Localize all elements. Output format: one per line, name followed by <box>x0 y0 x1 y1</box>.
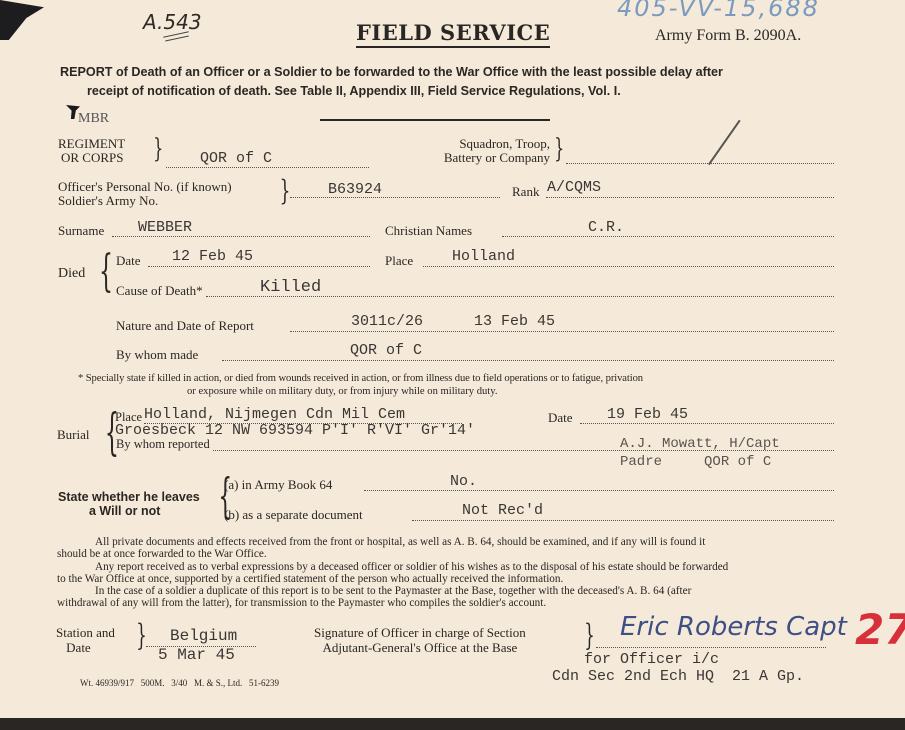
report-label: Nature and Date of Report <box>116 318 254 334</box>
brace-icon: { <box>99 248 113 296</box>
by-whom-label: By whom made <box>116 347 198 363</box>
number-field-line <box>290 197 500 198</box>
signed-for-line-2: Cdn Sec 2nd Ech HQ 21 A Gp. <box>552 668 804 685</box>
document-page: A.543 405-VV-15,688 FIELD SERVICE Army F… <box>0 0 905 718</box>
christian-names-field-line <box>502 236 834 237</box>
burial-reporter-value[interactable]: A.J. Mowatt, H/Capt <box>620 436 780 452</box>
regiment-field-line <box>166 167 369 168</box>
surname-value[interactable]: WEBBER <box>138 219 192 236</box>
instructions-p3-line1: In the case of a soldier a duplicate of … <box>95 585 691 597</box>
signed-for-line-1: for Officer i/c <box>584 651 719 668</box>
printer-line: Wt. 46939/917 500M. 3/40 M. & S., Ltd. 5… <box>80 678 279 688</box>
brace-icon: } <box>554 135 564 163</box>
burial-date-value[interactable]: 19 Feb 45 <box>607 406 688 423</box>
by-whom-value[interactable]: QOR of C <box>350 342 422 359</box>
brace-icon: } <box>280 177 291 205</box>
instructions-p2-line1: Any report received as to verbal express… <box>95 561 728 573</box>
brace-icon: } <box>584 620 595 652</box>
station-value[interactable]: Belgium <box>170 627 237 645</box>
cause-label: Cause of Death* <box>116 283 203 299</box>
signature-field-line <box>596 647 826 648</box>
surname-field-line <box>112 236 370 237</box>
report-reference-value[interactable]: 3011c/26 <box>351 313 423 330</box>
burial-reporter-unit[interactable]: Padre QOR of C <box>620 454 771 470</box>
died-place-label: Place <box>385 253 413 269</box>
squadron-field-line[interactable] <box>566 163 834 164</box>
christian-names-value[interactable]: C.R. <box>588 219 624 236</box>
rank-value[interactable]: A/CQMS <box>547 179 601 196</box>
instructions-p1-line2: should be at once forwarded to the War O… <box>57 548 267 560</box>
will-b-field-line <box>412 520 834 521</box>
instruction-line-1: REPORT of Death of an Officer or a Soldi… <box>60 65 723 79</box>
burial-date-label: Date <box>548 410 573 426</box>
will-a-field-line <box>364 490 834 491</box>
will-a-value[interactable]: No. <box>450 473 477 490</box>
will-b-value[interactable]: Not Rec'd <box>462 502 543 519</box>
red-pencil-number: 27 <box>855 605 905 654</box>
form-title: FIELD SERVICE <box>356 20 550 48</box>
will-label-1: State whether he leaves <box>58 490 200 504</box>
regiment-value[interactable]: QOR of C <box>200 150 272 167</box>
handwritten-reference: A.543 <box>143 10 202 34</box>
rank-field-line <box>546 197 834 198</box>
died-date-value[interactable]: 12 Feb 45 <box>172 248 253 265</box>
signature-label: Signature of Officer in charge of Sectio… <box>314 625 526 655</box>
cause-value[interactable]: Killed <box>260 278 321 297</box>
form-number: Army Form B. 2090A. <box>655 27 801 45</box>
blue-pencil-reference: 405-VV-15,688 <box>617 0 820 22</box>
died-place-value[interactable]: Holland <box>452 248 515 265</box>
regiment-label: REGIMENT OR CORPS <box>58 137 125 165</box>
christian-names-label: Christian Names <box>385 223 472 239</box>
footnote-line-2: or exposure while on military duty, or f… <box>187 386 498 397</box>
instruction-line-2: receipt of notification of death. See Ta… <box>87 84 621 98</box>
number-label: Officer's Personal No. (if known) Soldie… <box>58 180 232 208</box>
died-date-field-line <box>148 266 370 267</box>
will-b-label: (b) as a separate document <box>224 507 363 523</box>
surname-label: Surname <box>58 223 104 239</box>
footnote-line-1: * Specially state if killed in action, o… <box>78 373 643 384</box>
instructions-p1-line1: All private documents and effects receiv… <box>95 536 705 548</box>
report-date-value[interactable]: 13 Feb 45 <box>474 313 555 330</box>
number-value[interactable]: B63924 <box>328 181 382 198</box>
squadron-label: Squadron, Troop, Battery or Company <box>425 137 550 165</box>
header-rule <box>320 119 550 121</box>
brace-icon: } <box>153 135 163 163</box>
station-date-value[interactable]: 5 Mar 45 <box>158 646 235 664</box>
burial-label: Burial <box>57 427 90 443</box>
burial-reported-label: By whom reported <box>116 437 210 452</box>
checkmark <box>708 120 741 165</box>
torn-corner <box>0 0 44 40</box>
will-a-label: (a) in Army Book 64 <box>224 477 332 493</box>
brace-icon: } <box>136 620 147 652</box>
officer-signature[interactable]: Eric Roberts Capt <box>620 612 847 642</box>
died-date-label: Date <box>116 253 141 269</box>
stamp-text: MBR <box>78 111 109 127</box>
instructions-p2-line2: to the War Office at once, supported by … <box>57 573 563 585</box>
by-whom-field-line <box>222 360 834 361</box>
will-label-2: a Will or not <box>89 504 160 518</box>
instructions-p3-line2: withdrawal of any will from the latter),… <box>57 597 546 609</box>
rank-label: Rank <box>512 184 539 200</box>
burial-date-field-line <box>580 423 834 424</box>
died-label: Died <box>58 266 85 282</box>
died-place-field-line <box>423 266 834 267</box>
scan-edge <box>0 718 905 730</box>
station-label: Station and Date <box>56 625 115 655</box>
report-field-line <box>290 331 834 332</box>
burial-place-value[interactable]: Holland, Nijmegen Cdn Mil Cem <box>144 406 405 423</box>
